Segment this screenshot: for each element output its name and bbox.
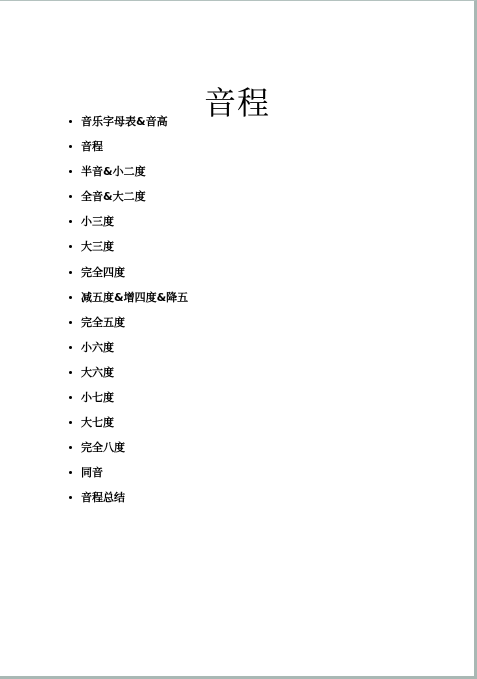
toc-item[interactable]: 大三度 [68, 238, 188, 263]
toc-item-label: 大七度 [81, 416, 114, 429]
bullet-icon [69, 271, 72, 274]
toc-item[interactable]: 完全八度 [68, 439, 188, 464]
bullet-icon [69, 346, 72, 349]
bullet-icon [69, 220, 72, 223]
bullet-icon [69, 421, 72, 424]
toc-item[interactable]: 全音&大二度 [68, 188, 188, 213]
toc-item[interactable]: 大六度 [68, 364, 188, 389]
bullet-icon [69, 296, 72, 299]
toc-item-label: 同音 [81, 466, 103, 479]
bullet-icon [69, 145, 72, 148]
bullet-icon [69, 446, 72, 449]
toc-item[interactable]: 减五度&增四度&降五 [68, 289, 188, 314]
bullet-icon [69, 321, 72, 324]
toc-item-label: 音乐字母表&音高 [81, 115, 168, 128]
toc-item[interactable]: 完全四度 [68, 264, 188, 289]
bullet-icon [69, 170, 72, 173]
toc-item-label: 小七度 [81, 391, 114, 404]
toc-item[interactable]: 音乐字母表&音高 [68, 113, 188, 138]
bullet-icon [69, 396, 72, 399]
toc-item[interactable]: 小七度 [68, 389, 188, 414]
toc-item[interactable]: 半音&小二度 [68, 163, 188, 188]
toc-item[interactable]: 小三度 [68, 213, 188, 238]
toc-item-label: 小三度 [81, 215, 114, 228]
toc-item-label: 半音&小二度 [81, 165, 146, 178]
bullet-icon [69, 195, 72, 198]
bullet-icon [69, 471, 72, 474]
table-of-contents: 音乐字母表&音高 音程 半音&小二度 全音&大二度 小三度 大三度 完全四度 减… [68, 113, 188, 515]
toc-item-label: 音程 [81, 140, 103, 153]
toc-item-label: 完全四度 [81, 266, 125, 279]
toc-item-label: 大六度 [81, 366, 114, 379]
bullet-icon [69, 120, 72, 123]
toc-item[interactable]: 同音 [68, 464, 188, 489]
toc-item-label: 小六度 [81, 341, 114, 354]
toc-item-label: 完全五度 [81, 316, 125, 329]
toc-item-label: 音程总结 [81, 491, 125, 504]
bullet-icon [69, 371, 72, 374]
toc-item[interactable]: 大七度 [68, 414, 188, 439]
toc-item[interactable]: 音程总结 [68, 489, 188, 514]
toc-item-label: 减五度&增四度&降五 [81, 291, 188, 304]
toc-item-label: 完全八度 [81, 441, 125, 454]
bullet-icon [69, 245, 72, 248]
toc-item[interactable]: 小六度 [68, 339, 188, 364]
toc-item-label: 全音&大二度 [81, 190, 146, 203]
toc-item[interactable]: 音程 [68, 138, 188, 163]
toc-item[interactable]: 完全五度 [68, 314, 188, 339]
toc-item-label: 大三度 [81, 240, 114, 253]
document-page: 音程 音乐字母表&音高 音程 半音&小二度 全音&大二度 小三度 大三度 完全四… [0, 0, 477, 679]
bullet-icon [69, 496, 72, 499]
